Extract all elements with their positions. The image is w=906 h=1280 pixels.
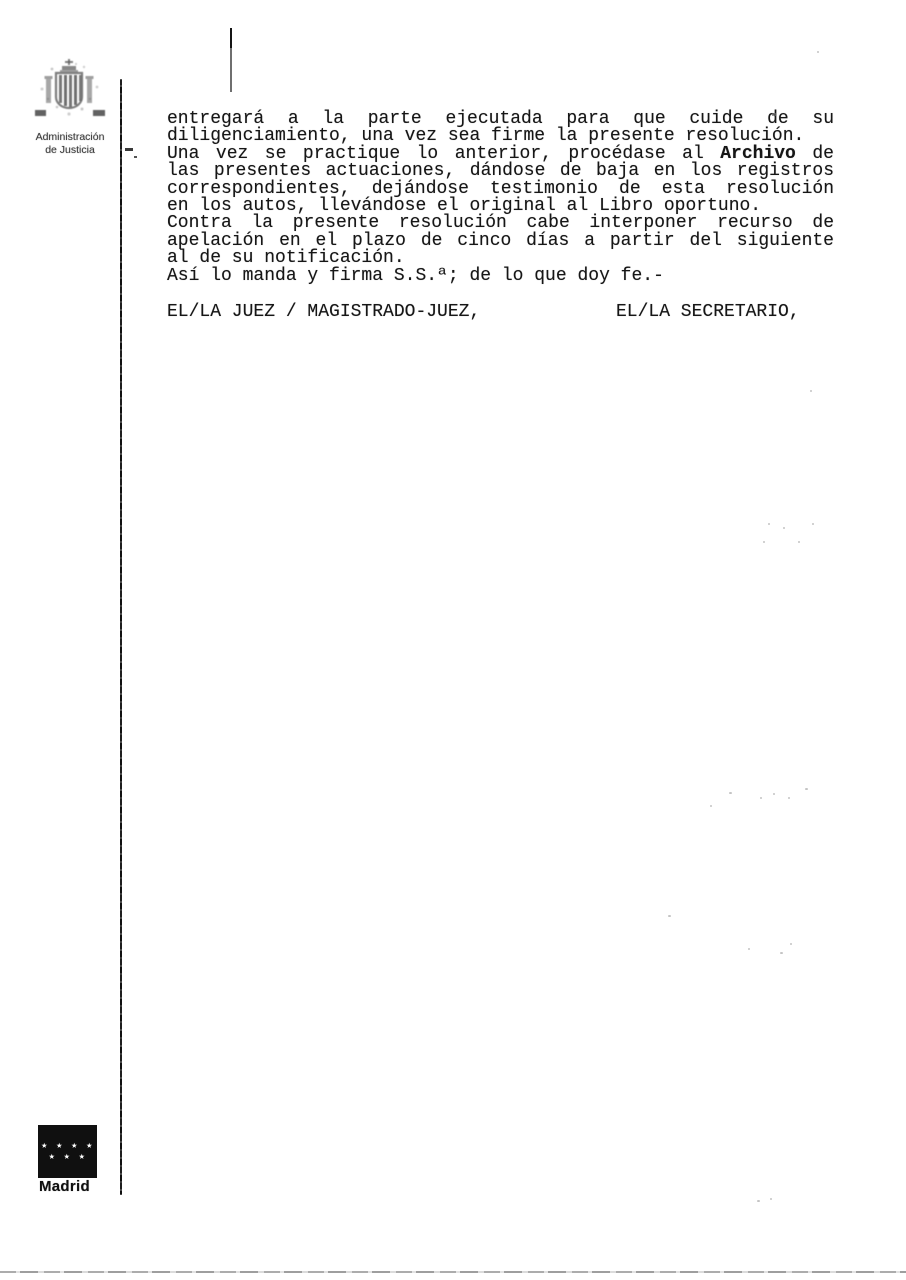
scan-speck [760,797,762,799]
madrid-label: Madrid [39,1178,90,1195]
scan-speck [780,952,783,954]
signature-row: EL/LA JUEZ / MAGISTRADO-JUEZ, EL/LA SECR… [167,304,834,322]
scan-speck [783,527,785,529]
signature-judge-label: EL/LA JUEZ / MAGISTRADO-JUEZ, [167,302,480,322]
scan-speck [668,915,671,917]
document-text-block: entregará a la parte ejecutada para que … [167,111,834,322]
org-caption-line2: de Justicia [16,144,124,157]
signature-secretary-label: EL/LA SECRETARIO, [616,304,800,321]
margin-dot-mark [134,156,137,158]
top-fold-mark [230,28,232,92]
madrid-stars-row2: ★ ★ ★ [49,1152,87,1163]
closing-formula-line: Así lo manda y firma S.S.ª; de lo que do… [167,268,834,285]
scan-speck [748,948,750,950]
scan-speck [798,541,800,543]
scan-speck [729,792,732,794]
scan-speck [773,793,775,795]
org-caption-line1: Administración [16,131,124,144]
scan-speck [770,1198,772,1200]
scan-speck [788,797,790,799]
scan-speck [812,523,814,525]
scanned-court-document-page: Administración de Justicia entregará a l… [0,0,906,1280]
margin-tick-mark [125,148,133,151]
text-line: las presentes actuaciones, dándose de ba… [167,163,834,180]
scan-speck [772,113,776,116]
scan-speck [805,788,808,790]
scan-speck [768,523,770,525]
madrid-logo: ★ ★ ★ ★ ★ ★ ★ [38,1125,97,1178]
administracion-justicia-coat-of-arms-icon [32,58,106,126]
scan-speck [763,541,765,543]
org-caption: Administración de Justicia [16,131,124,157]
scan-speck [810,390,812,392]
left-margin-rule [120,79,122,1195]
scan-speck [790,943,792,945]
scan-speck [757,1200,760,1202]
scan-speck [817,51,819,53]
scan-speck [710,805,712,807]
bottom-scan-line [0,1271,906,1273]
madrid-stars-row1: ★ ★ ★ ★ [41,1141,94,1152]
